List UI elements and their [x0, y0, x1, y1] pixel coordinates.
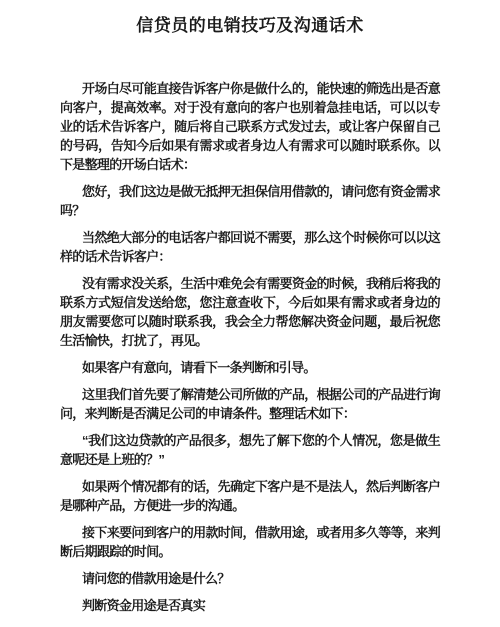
paragraph-usage-timing: 接下来要问到客户的用款时间，借款用途，或者用多久等等，来判断后期跟踪的时间。	[60, 523, 440, 561]
paragraph-opening-intro: 开场白尽可能直接告诉客户你是做什么的，能快速的筛选出是否意向客户，提高效率。对于…	[60, 79, 440, 174]
document-page: 信贷员的电销技巧及沟通话术 开场白尽可能直接告诉客户你是做什么的，能快速的筛选出…	[0, 0, 500, 627]
paragraph-followup-script: 没有需求没关系，生活中难免会有需要资金的时候，我稍后将我的联系方式短信发送给您，…	[60, 274, 440, 350]
paragraph-product-knowledge: 这里我们首先要了解清楚公司所做的产品，根据公司的产品进行询问，来判断是否满足公司…	[60, 385, 440, 423]
paragraph-legal-person-check: 如果两个情况都有的话，先确定下客户是不是法人，然后判断客户是哪种产品，方便进一步…	[60, 477, 440, 515]
paragraph-opening-script: 您好，我们这边是做无抵押无担保信用借款的，请问您有资金需求吗？	[60, 182, 440, 220]
paragraph-verify-purpose: 判断资金用途是否真实	[60, 596, 440, 615]
document-title: 信贷员的电销技巧及沟通话术	[60, 13, 440, 38]
document-body: 开场白尽可能直接告诉客户你是做什么的，能快速的筛选出是否意向客户，提高效率。对于…	[60, 79, 440, 615]
paragraph-loan-purpose-question: 请问您的借款用途是什么？	[60, 569, 440, 588]
paragraph-no-need-response: 当然绝大部分的电话客户都回说不需要，那么这个时候你可以以这样的话术告诉客户：	[60, 228, 440, 266]
paragraph-intent-note: 如果客户有意向，请看下一条判断和引导。	[60, 358, 440, 377]
paragraph-product-quote: “我们这边贷款的产品很多，想先了解下您的个人情况，您是做生意呢还是上班的？”	[60, 431, 440, 469]
